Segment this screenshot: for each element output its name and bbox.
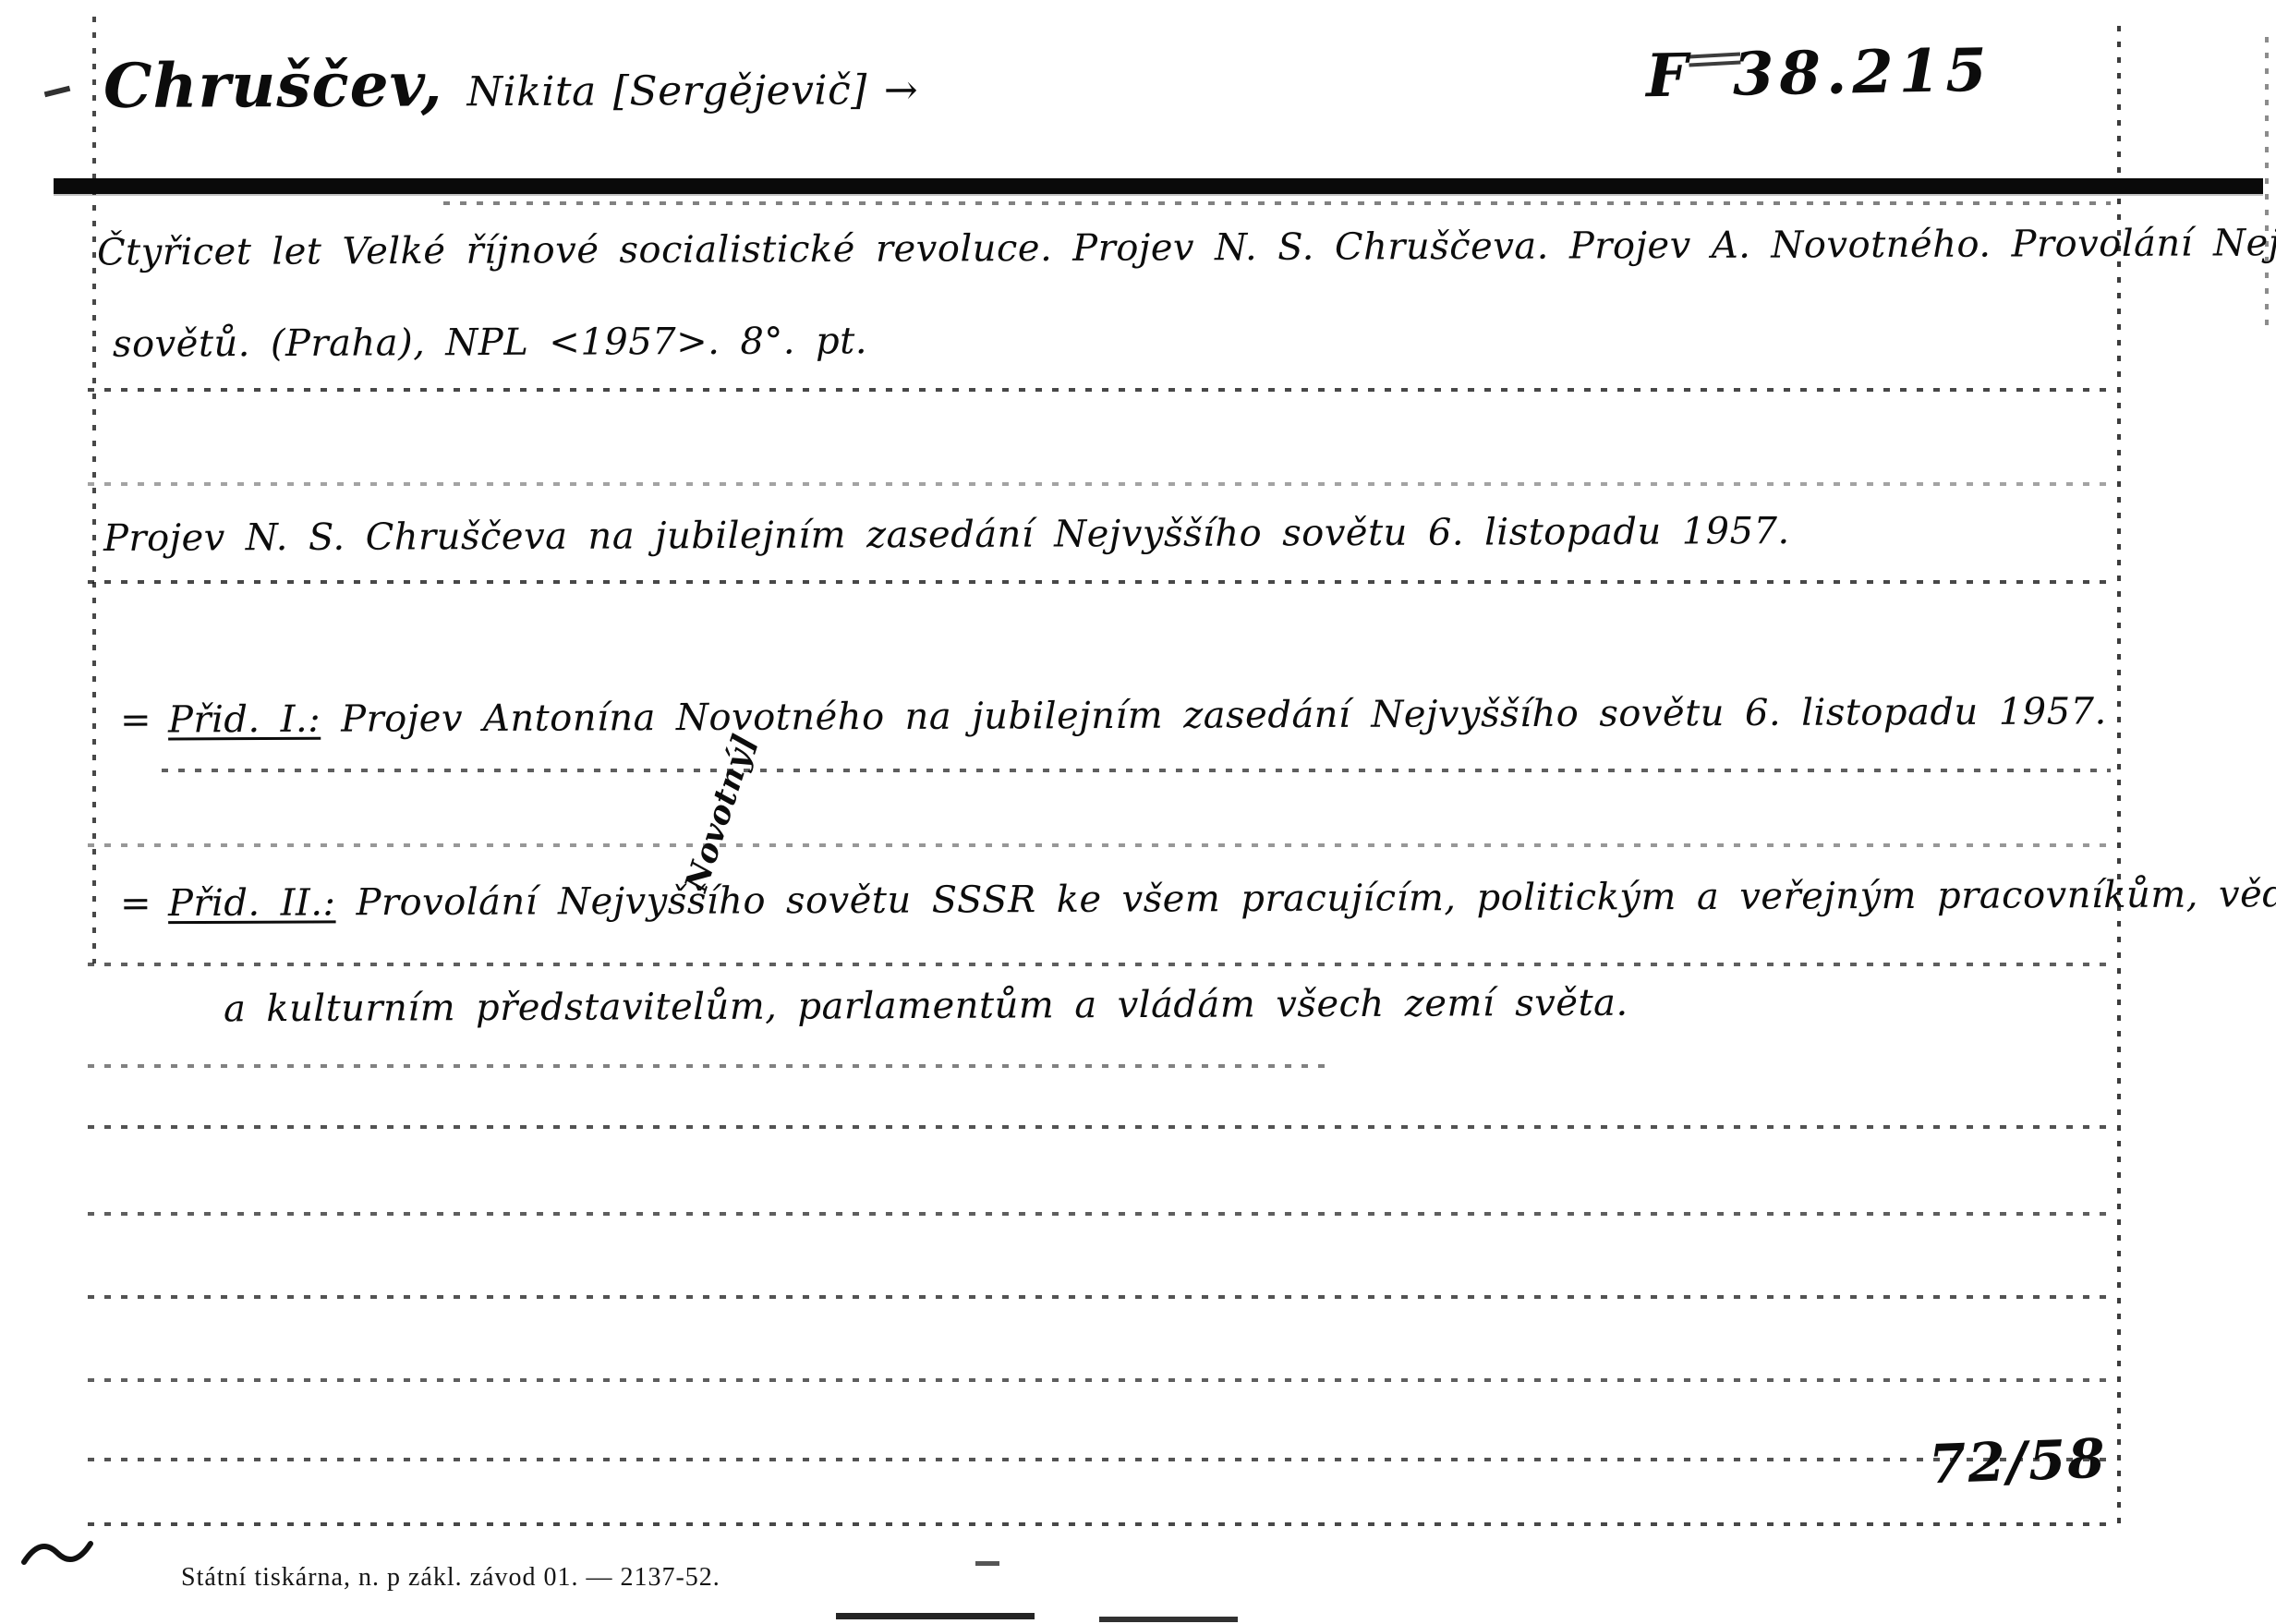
scan-artifact-bar bbox=[836, 1613, 1035, 1619]
entry4-text1: Provolání Nejvyššího sovětu SSSR ke všem… bbox=[356, 873, 2276, 925]
ruled-line bbox=[88, 963, 2111, 966]
ruled-line bbox=[88, 1295, 2111, 1299]
ruled-line bbox=[162, 769, 2111, 772]
ruled-line bbox=[88, 1522, 2111, 1526]
entry4-equals: = bbox=[120, 882, 151, 925]
left-margin-guide bbox=[92, 17, 96, 963]
entry1-line2: sovětů. (Praha), NPL <1957>. 8°. pt. bbox=[113, 320, 867, 366]
ruled-line bbox=[88, 1064, 1326, 1068]
entry4-line2: a kulturním představitelům, parlamentům … bbox=[224, 982, 1628, 1031]
entry3-line: =Přid. I.: Projev Antonína Novotného na … bbox=[120, 690, 2107, 741]
scan-artifact-squiggle bbox=[20, 1529, 94, 1573]
heading-author: Chruščev,Nikita [Sergějevič] → bbox=[103, 46, 919, 122]
insertion-novotny: Novotný] bbox=[678, 730, 764, 896]
scan-artifact-bar bbox=[1099, 1617, 1238, 1622]
accession-number: 72/58 bbox=[1928, 1427, 2108, 1497]
entry1-line1: Čtyřicet let Velké říjnové socialistické… bbox=[97, 222, 2276, 274]
ruled-line bbox=[88, 580, 2111, 584]
entry3-label: Přid. I.: bbox=[168, 698, 321, 742]
scan-artifact-dash bbox=[44, 86, 71, 98]
ruled-line bbox=[88, 482, 2111, 486]
entry2-line: Projev N. S. Chruščeva na jubilejním zas… bbox=[103, 510, 1790, 560]
entry3-equals: = bbox=[120, 699, 151, 742]
call-number: F 38.215 bbox=[1645, 36, 1992, 112]
ruled-line bbox=[88, 388, 2111, 392]
entry4-label: Přid. II.: bbox=[168, 881, 336, 925]
ruled-line bbox=[88, 1212, 2111, 1216]
scan-artifact-edge-dots bbox=[2265, 37, 2269, 333]
ruled-line bbox=[88, 1458, 2111, 1461]
heading-surname: Chruščev, bbox=[103, 48, 443, 122]
ruled-line bbox=[88, 843, 2111, 847]
printer-imprint: Státní tiskárna, n. p zákl. závod 01. — … bbox=[181, 1563, 720, 1593]
entry4-line1: =Přid. II.: Provolání Nejvyššího sovětu … bbox=[120, 873, 2276, 926]
ruled-line bbox=[88, 1378, 2111, 1382]
heading-forename: Nikita [Sergějevič] → bbox=[466, 67, 918, 115]
entry3-text: Projev Antonína Novotného na jubilejním … bbox=[341, 690, 2107, 740]
scan-artifact-dash bbox=[975, 1561, 999, 1566]
heading-rule bbox=[54, 178, 2263, 194]
ruled-line bbox=[88, 1125, 2111, 1129]
catalog-card-scan: Chruščev,Nikita [Sergějevič] → F 38.215 … bbox=[0, 0, 2276, 1624]
ruled-line bbox=[443, 201, 2111, 205]
